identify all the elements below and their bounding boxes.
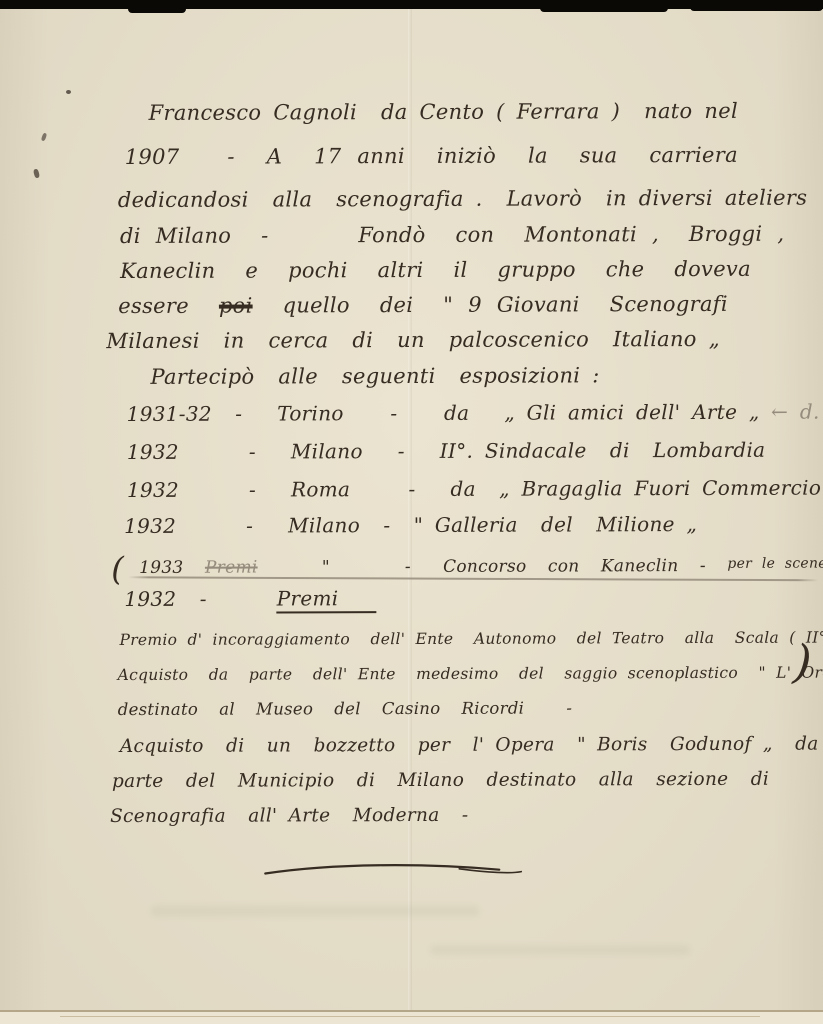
manuscript-line-20: Scenografia all' Arte Moderna - xyxy=(110,805,468,827)
text-segment: quello dei " 9 Giovani Scenografi xyxy=(253,292,728,318)
text-segment: 1932 - Roma - da „ Bragaglia Fuori Comme… xyxy=(127,475,823,502)
manuscript-line-9: 1931-32 - Torino - da „ Gli amici dell' … xyxy=(127,399,823,426)
text-segment: 1932 - xyxy=(124,586,277,611)
text-segment: 1931-32 - Torino - da „ Gli amici dell' … xyxy=(127,400,760,426)
text-segment: 1933 xyxy=(139,558,205,578)
manuscript-line-14: 1932 - Premi xyxy=(124,586,376,611)
text-segment: poi xyxy=(219,294,253,318)
text-segment: Milanesi in cerca di un palcoscenico Ita… xyxy=(106,327,720,353)
text-segment: Kaneclin e pochi altri il gruppo che dov… xyxy=(120,257,751,283)
text-segment: Acquisto di un bozzetto per l' Opera " B… xyxy=(120,734,819,757)
manuscript-line-16: Acquisto da parte dell' Ente medesimo de… xyxy=(118,663,823,684)
text-segment: ( xyxy=(111,550,139,588)
closing-paren-mark: ) xyxy=(792,634,813,689)
text-segment: essere xyxy=(118,294,219,318)
manuscript-line-10: 1932 - Milano - II°. Sindacale di Lombar… xyxy=(127,438,766,464)
manuscript-line-6: essere poi quello dei " 9 Giovani Scenog… xyxy=(118,292,728,318)
text-segment: Premi xyxy=(277,586,377,613)
manuscript-line-13: ( 1933 Premi " - Concorso con Kaneclin -… xyxy=(111,547,823,588)
manuscript-line-5: Kaneclin e pochi altri il gruppo che dov… xyxy=(120,257,751,283)
text-segment: Premio d' incoraggiamento dell' Ente Aut… xyxy=(119,628,823,649)
manuscript-line-19: parte del Municipio di Milano destinato … xyxy=(112,769,769,792)
manuscript-line-8: Partecipò alle seguenti esposizioni : xyxy=(150,363,599,389)
text-segment: ← d. 1932-33 xyxy=(759,399,823,424)
manuscript-line-15: Premio d' incoraggiamento dell' Ente Aut… xyxy=(119,628,823,649)
text-segment: Francesco Cagnoli da Cento ( Ferrara ) n… xyxy=(149,99,738,125)
text-segment: per le scene di " Aida „ per la Scala xyxy=(727,555,823,572)
text-segment: Partecipò alle seguenti esposizioni : xyxy=(150,363,599,389)
manuscript-line-17: destinato al Museo del Casino Ricordi - xyxy=(118,698,573,719)
manuscript-line-12: 1932 - Milano - " Galleria del Milione „ xyxy=(124,512,697,538)
text-segment: dedicandosi alla scenografia . Lavorò in… xyxy=(118,186,807,212)
text-segment: 1932 - Milano - " Galleria del Milione „ xyxy=(124,512,697,538)
text-segment: Premi xyxy=(205,558,258,578)
manuscript-line-18: Acquisto di un bozzetto per l' Opera " B… xyxy=(120,734,819,757)
text-segment: 1907 - A 17 anni iniziò la sua carriera xyxy=(125,143,738,169)
manuscript-text-block: Francesco Cagnoli da Cento ( Ferrara ) n… xyxy=(0,0,823,1024)
manuscript-line-7: Milanesi in cerca di un palcoscenico Ita… xyxy=(106,327,720,353)
manuscript-lines: Francesco Cagnoli da Cento ( Ferrara ) n… xyxy=(0,0,821,1)
manuscript-line-1: Francesco Cagnoli da Cento ( Ferrara ) n… xyxy=(149,99,738,125)
text-segment: parte del Municipio di Milano destinato … xyxy=(112,769,769,792)
manuscript-line-2: 1907 - A 17 anni iniziò la sua carriera xyxy=(125,143,738,169)
text-segment: Scenografia all' Arte Moderna - xyxy=(110,805,468,827)
text-segment: destinato al Museo del Casino Ricordi - xyxy=(118,698,573,719)
manuscript-line-3: dedicandosi alla scenografia . Lavorò in… xyxy=(118,186,807,212)
text-segment: di Milano - Fondò con Montonati , Broggi… xyxy=(120,222,784,248)
closing-flourish-line xyxy=(263,860,525,881)
text-segment: Acquisto da parte dell' Ente medesimo de… xyxy=(118,663,823,684)
manuscript-line-11: 1932 - Roma - da „ Bragaglia Fuori Comme… xyxy=(127,475,823,502)
text-segment: " - Concorso con Kaneclin - xyxy=(258,556,728,578)
text-segment: 1932 - Milano - II°. Sindacale di Lombar… xyxy=(127,438,766,464)
manuscript-line-4: di Milano - Fondò con Montonati , Broggi… xyxy=(120,222,784,248)
